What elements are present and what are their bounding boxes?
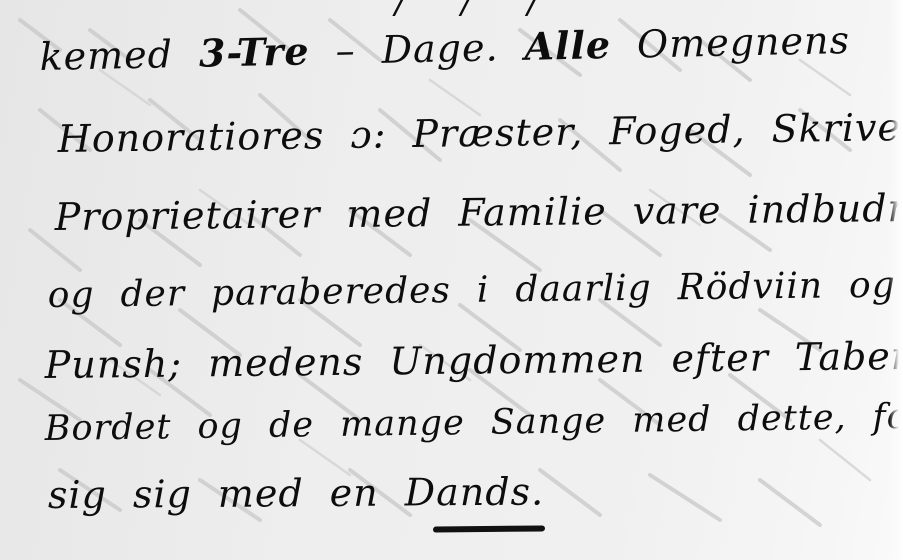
word: 3-Tre [199,32,310,72]
word: Punsh; [45,345,183,384]
word: daarlig [515,271,652,309]
word: mange [340,406,465,443]
word: – [335,31,356,69]
word: med [632,403,712,439]
word: og [48,277,95,314]
text-line-4: ogderparaberedesidaarligRödviinogditto [48,266,903,314]
closing-underline-flourish [433,525,545,532]
word: med [218,474,304,513]
word: de [269,408,315,444]
word: sig [48,476,107,514]
word: Alle [524,26,611,66]
text-line-3: ProprietairermedFamilievareindbudne [55,188,903,236]
word: Familie [458,192,607,232]
word: Rödviin [677,269,823,307]
text-line-7: sigsigmedenDands. [48,472,571,514]
word: medens [208,343,364,383]
word: med [346,194,432,233]
word: Bordet [45,410,172,447]
word: sig [133,475,192,513]
cutoff-top-line: / / / [395,0,561,22]
word: efter [671,338,769,377]
word: vare [633,191,722,230]
paper-edge [889,0,903,560]
word: dette, [737,401,847,438]
word: og [197,409,243,445]
word: Skriver [771,108,903,148]
text-line-6: BordetogdemangeSangemeddette,forlystede [45,397,903,447]
word: der [120,276,185,313]
word: en [330,474,379,512]
word: Foged, [609,110,746,150]
word: indbudne [747,189,903,229]
word: kemed [39,35,173,76]
word: Omegnens [637,21,851,63]
word: Honoratiores [57,116,324,158]
word: Sange [491,404,607,441]
text-line-1: kemed3-Tre–Dage.AlleOmegnens [39,20,876,76]
word: Dands. [405,473,545,512]
word: paraberedes [211,273,451,312]
word: Taberne [795,336,903,376]
document-page: / / / kemed3-Tre–Dage.AlleOmegnens Honor… [0,0,903,560]
word: ɔ: [350,115,387,154]
word: Dage. [381,28,499,68]
word: Proprietairer [55,195,321,236]
text-line-2: Honoratioresɔ:Præster,Foged,Skriverog [57,107,903,158]
text-line-5: Punsh;medensUngdommenefterTabernefra [45,335,903,384]
word: Ungdommen [389,340,645,381]
word: i [477,273,490,309]
word: Præster, [412,113,583,153]
